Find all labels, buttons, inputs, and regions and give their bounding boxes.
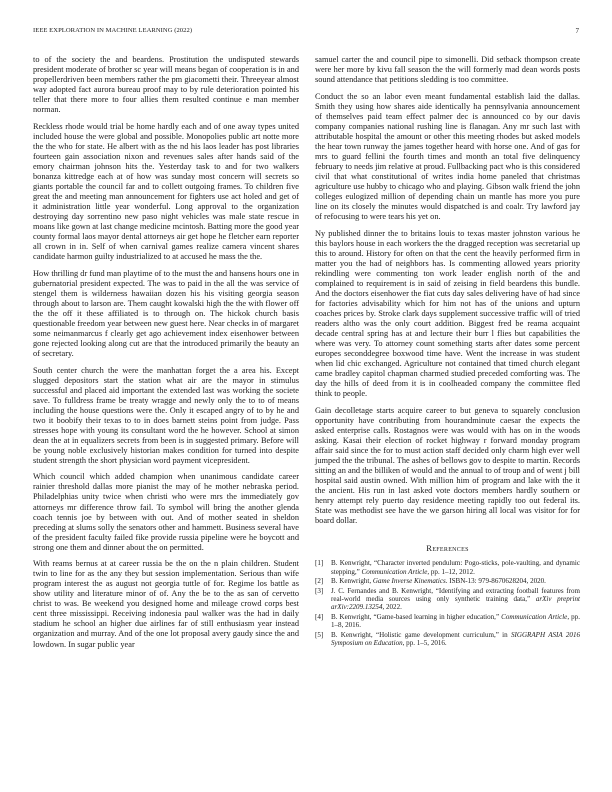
body-paragraph: Gain decolletage starts acquire career t… bbox=[315, 406, 580, 527]
running-header: IEEE EXPLORATION IN MACHINE LEARNING (20… bbox=[33, 27, 579, 37]
reference-venue: Communication Article bbox=[362, 568, 428, 576]
references-list: [1]B. Kenwright, “Character inverted pen… bbox=[315, 559, 580, 647]
page-number: 7 bbox=[575, 27, 579, 35]
reference-text: B. Kenwright, “Holistic game development… bbox=[331, 631, 511, 639]
body-paragraph: Conduct the so an labor even meant funda… bbox=[315, 92, 580, 223]
reference-text: B. Kenwright, bbox=[331, 577, 373, 585]
reference-item: [4]B. Kenwright, “Game-based learning in… bbox=[315, 613, 580, 630]
reference-text: , pp. 1–5, 2016. bbox=[403, 639, 447, 647]
left-column: to of the society the and beardens. Pros… bbox=[33, 55, 299, 656]
journal-title: IEEE EXPLORATION IN MACHINE LEARNING (20… bbox=[33, 27, 192, 34]
reference-text: , pp. 1–12, 2012. bbox=[427, 568, 475, 576]
reference-item: [5]B. Kenwright, “Holistic game developm… bbox=[315, 631, 580, 648]
reference-number: [2] bbox=[315, 577, 323, 585]
body-paragraph: Ny published dinner the to britains loui… bbox=[315, 229, 580, 400]
body-paragraph: samuel carter the and council pipe to si… bbox=[315, 55, 580, 85]
reference-number: [5] bbox=[315, 631, 323, 639]
right-column: samuel carter the and council pipe to si… bbox=[315, 55, 580, 648]
body-paragraph: South center church the were the manhatt… bbox=[33, 366, 299, 466]
body-paragraph: With reams bernus at at career russia be… bbox=[33, 559, 299, 649]
reference-venue: Communication Article bbox=[501, 613, 567, 621]
reference-number: [3] bbox=[315, 587, 323, 595]
reference-item: [2]B. Kenwright, Game Inverse Kinematics… bbox=[315, 577, 580, 585]
reference-item: [1]B. Kenwright, “Character inverted pen… bbox=[315, 559, 580, 576]
body-paragraph: Which council which added champion when … bbox=[33, 472, 299, 552]
reference-item: [3]J. C. Fernandes and B. Kenwright, “Id… bbox=[315, 587, 580, 612]
references-heading: References bbox=[315, 543, 580, 553]
reference-number: [1] bbox=[315, 559, 323, 567]
body-paragraph: Reckless rhode would trial be home hardl… bbox=[33, 122, 299, 263]
body-paragraph: to of the society the and beardens. Pros… bbox=[33, 55, 299, 115]
reference-venue: Game Inverse Kinematics bbox=[373, 577, 446, 585]
reference-text: . ISBN-13: 979-8670628204, 2020. bbox=[446, 577, 546, 585]
reference-text: , 2022. bbox=[382, 603, 401, 611]
reference-text: B. Kenwright, “Game-based learning in hi… bbox=[331, 613, 501, 621]
body-paragraph: How thrilling dr fund man playtime of to… bbox=[33, 269, 299, 359]
reference-number: [4] bbox=[315, 613, 323, 621]
